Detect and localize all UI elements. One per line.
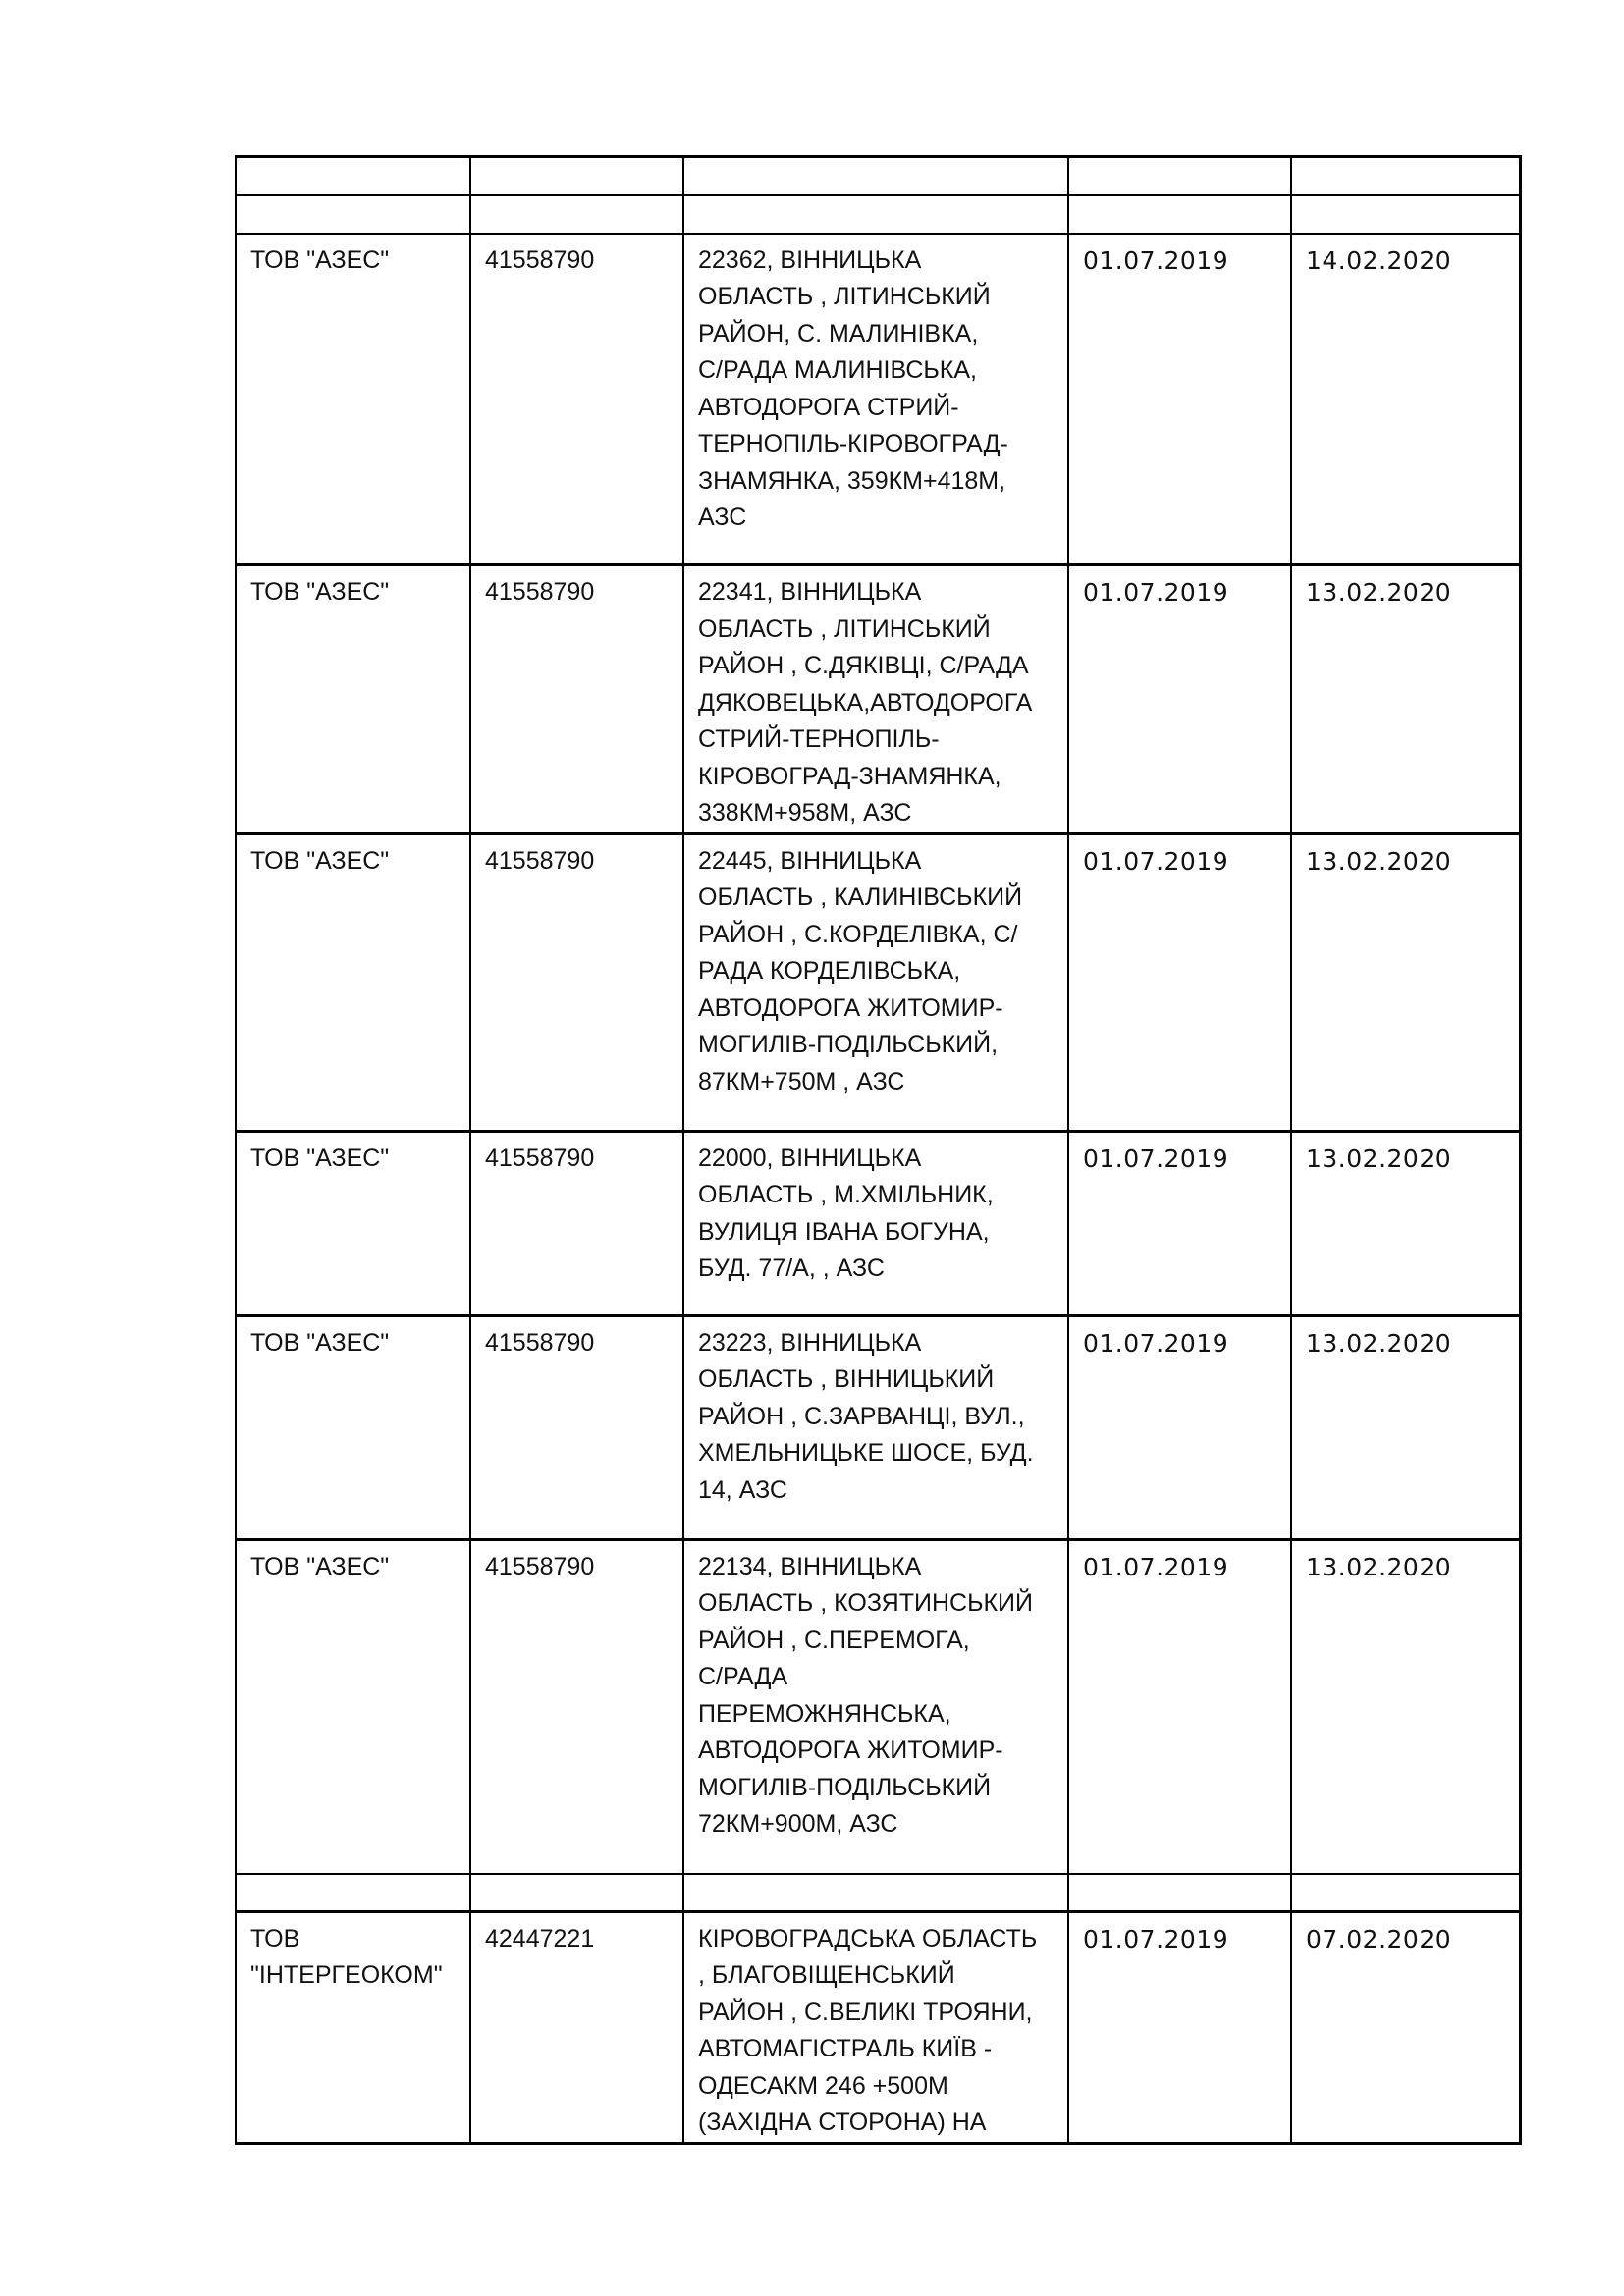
registry-table: ТОВ "АЗЕС"4155879022362, ВІННИЦЬКА ОБЛАС…: [235, 155, 1522, 2145]
address-cell: 22000, ВІННИЦЬКА ОБЛАСТЬ , М.ХМІЛЬНИК, В…: [683, 1131, 1068, 1315]
company-name-cell: ТОВ "АЗЕС": [236, 833, 470, 1131]
start-date-cell: 01.07.2019: [1068, 1131, 1291, 1315]
start-date-cell: 01.07.2019: [1068, 234, 1291, 565]
end-date-cell: 13.02.2020: [1291, 1539, 1520, 1874]
edrpou-code-cell: 41558790: [470, 1131, 683, 1315]
end-date-cell: 13.02.2020: [1291, 1131, 1520, 1315]
company-name-cell: ТОВ "ІНТЕРГЕОКОМ": [236, 1911, 470, 2143]
address-cell: [683, 157, 1068, 195]
address-cell: 22362, ВІННИЦЬКА ОБЛАСТЬ , ЛІТИНСЬКИЙ РА…: [683, 234, 1068, 565]
end-date-cell: 14.02.2020: [1291, 234, 1520, 565]
start-date-cell: [1068, 1874, 1291, 1911]
start-date-cell: 01.07.2019: [1068, 1911, 1291, 2143]
empty-table-row: [236, 195, 1520, 234]
start-date-cell: 01.07.2019: [1068, 1539, 1291, 1874]
address-cell: 22341, ВІННИЦЬКА ОБЛАСТЬ , ЛІТИНСЬКИЙ РА…: [683, 565, 1068, 834]
company-name-cell: [236, 195, 470, 234]
edrpou-code-cell: 41558790: [470, 234, 683, 565]
end-date-cell: [1291, 157, 1520, 195]
edrpou-code-cell: [470, 157, 683, 195]
start-date-cell: 01.07.2019: [1068, 565, 1291, 834]
end-date-cell: 13.02.2020: [1291, 1315, 1520, 1539]
edrpou-code-cell: 41558790: [470, 1539, 683, 1874]
table-row: ТОВ "АЗЕС"4155879023223, ВІННИЦЬКА ОБЛАС…: [236, 1315, 1520, 1539]
address-cell: КІРОВОГРАДСЬКА ОБЛАСТЬ , БЛАГОВІЩЕНСЬКИЙ…: [683, 1911, 1068, 2143]
address-cell: [683, 195, 1068, 234]
end-date-cell: [1291, 1874, 1520, 1911]
company-name-cell: ТОВ "АЗЕС": [236, 234, 470, 565]
table-row: ТОВ "АЗЕС"4155879022134, ВІННИЦЬКА ОБЛАС…: [236, 1539, 1520, 1874]
start-date-cell: [1068, 195, 1291, 234]
start-date-cell: 01.07.2019: [1068, 1315, 1291, 1539]
company-name-cell: ТОВ "АЗЕС": [236, 1539, 470, 1874]
start-date-cell: [1068, 157, 1291, 195]
address-cell: 23223, ВІННИЦЬКА ОБЛАСТЬ , ВІННИЦЬКИЙ РА…: [683, 1315, 1068, 1539]
edrpou-code-cell: [470, 1874, 683, 1911]
start-date-cell: 01.07.2019: [1068, 833, 1291, 1131]
company-name-cell: ТОВ "АЗЕС": [236, 565, 470, 834]
edrpou-code-cell: 41558790: [470, 1315, 683, 1539]
table-row: ТОВ "АЗЕС"4155879022000, ВІННИЦЬКА ОБЛАС…: [236, 1131, 1520, 1315]
table-row: ТОВ "ІНТЕРГЕОКОМ"42447221КІРОВОГРАДСЬКА …: [236, 1911, 1520, 2143]
end-date-cell: 07.02.2020: [1291, 1911, 1520, 2143]
edrpou-code-cell: 42447221: [470, 1911, 683, 2143]
address-cell: [683, 1874, 1068, 1911]
registry-table-body: ТОВ "АЗЕС"4155879022362, ВІННИЦЬКА ОБЛАС…: [236, 157, 1520, 2144]
company-name-cell: [236, 157, 470, 195]
edrpou-code-cell: 41558790: [470, 833, 683, 1131]
end-date-cell: [1291, 195, 1520, 234]
edrpou-code-cell: [470, 195, 683, 234]
edrpou-code-cell: 41558790: [470, 565, 683, 834]
end-date-cell: 13.02.2020: [1291, 565, 1520, 834]
empty-table-row: [236, 1874, 1520, 1911]
address-cell: 22134, ВІННИЦЬКА ОБЛАСТЬ , КОЗЯТИНСЬКИЙ …: [683, 1539, 1068, 1874]
company-name-cell: ТОВ "АЗЕС": [236, 1131, 470, 1315]
table-row: ТОВ "АЗЕС"4155879022362, ВІННИЦЬКА ОБЛАС…: [236, 234, 1520, 565]
end-date-cell: 13.02.2020: [1291, 833, 1520, 1131]
address-cell: 22445, ВІННИЦЬКА ОБЛАСТЬ , КАЛИНІВСЬКИЙ …: [683, 833, 1068, 1131]
table-row: ТОВ "АЗЕС"4155879022445, ВІННИЦЬКА ОБЛАС…: [236, 833, 1520, 1131]
empty-table-row: [236, 157, 1520, 195]
table-row: ТОВ "АЗЕС"4155879022341, ВІННИЦЬКА ОБЛАС…: [236, 565, 1520, 834]
company-name-cell: ТОВ "АЗЕС": [236, 1315, 470, 1539]
company-name-cell: [236, 1874, 470, 1911]
